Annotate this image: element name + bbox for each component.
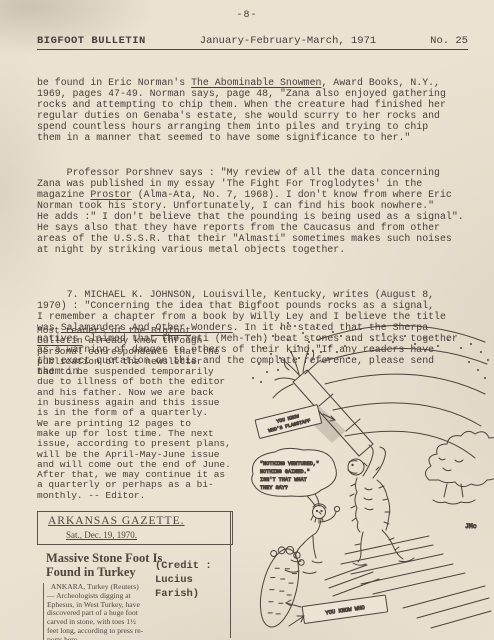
- bush: [425, 431, 494, 504]
- bubble-text-line2: NOTHING GAINED.": [260, 469, 310, 475]
- masthead-row: BIGFOOT BULLETIN January-February-March,…: [37, 35, 468, 50]
- bubble-text-line3: ISN'T THAT WHAT: [260, 477, 307, 483]
- paragraph-zana: be found in Eric Norman's The Abominable…: [37, 77, 473, 143]
- clipping-paper-name: ARKANSAS GAZETTE.: [48, 515, 228, 527]
- issue-number: No. 25: [430, 35, 468, 47]
- bigfoot-figure: [348, 445, 414, 565]
- paragraph-porshnev: Professor Porshnev says : "My review of …: [37, 167, 473, 255]
- banner-arrow-lower: [289, 616, 304, 626]
- cartoonist-signature: JMc: [465, 523, 477, 530]
- uprooted-tree: [273, 348, 373, 456]
- newspaper-clipping: ARKANSAS GAZETTE. Sat., Dec. 19, 1970. M…: [37, 511, 233, 640]
- cartoon-illustration: YOU KNOW WHO'S FLAGSTAFF "NOTHING VENTUR…: [233, 318, 494, 640]
- bubble-text-line1: "NOTHING VENTURED,": [260, 461, 319, 467]
- you-know-who-banner: YOU KNOW WHO: [302, 595, 388, 624]
- flag-banner: YOU KNOW WHO'S FLAGSTAFF: [255, 405, 322, 439]
- clipping-date: Sat., Dec. 19, 1970.: [66, 530, 228, 540]
- bubble-text-line4: THEY SAY?: [260, 485, 288, 491]
- speech-bubble: "NOTHING VENTURED," NOTHING GAINED." ISN…: [252, 448, 337, 506]
- dirt-specks: [252, 322, 489, 383]
- bearded-man: [285, 504, 340, 574]
- column-rule: [230, 511, 231, 638]
- giant-foot: [253, 542, 307, 631]
- page-number: -8-: [0, 10, 494, 21]
- bulletin-title: BIGFOOT BULLETIN: [37, 35, 146, 47]
- editor-note: Most readers of the Bigfoot Bulletin alr…: [37, 326, 255, 501]
- scanned-newsletter-page: -8- BIGFOOT BULLETIN January-February-Ma…: [0, 0, 494, 640]
- clipping-headline: Massive Stone Foot Is Found in Turkey: [46, 552, 166, 579]
- clipping-body: ANKARA, Turkey (Reuters) — Archeologists…: [43, 583, 159, 640]
- clipping-masthead-box: ARKANSAS GAZETTE. Sat., Dec. 19, 1970.: [37, 511, 233, 545]
- clipping-credit: (Credit : Lucius Farish): [155, 559, 212, 601]
- issue-date: January-February-March, 1971: [200, 35, 376, 47]
